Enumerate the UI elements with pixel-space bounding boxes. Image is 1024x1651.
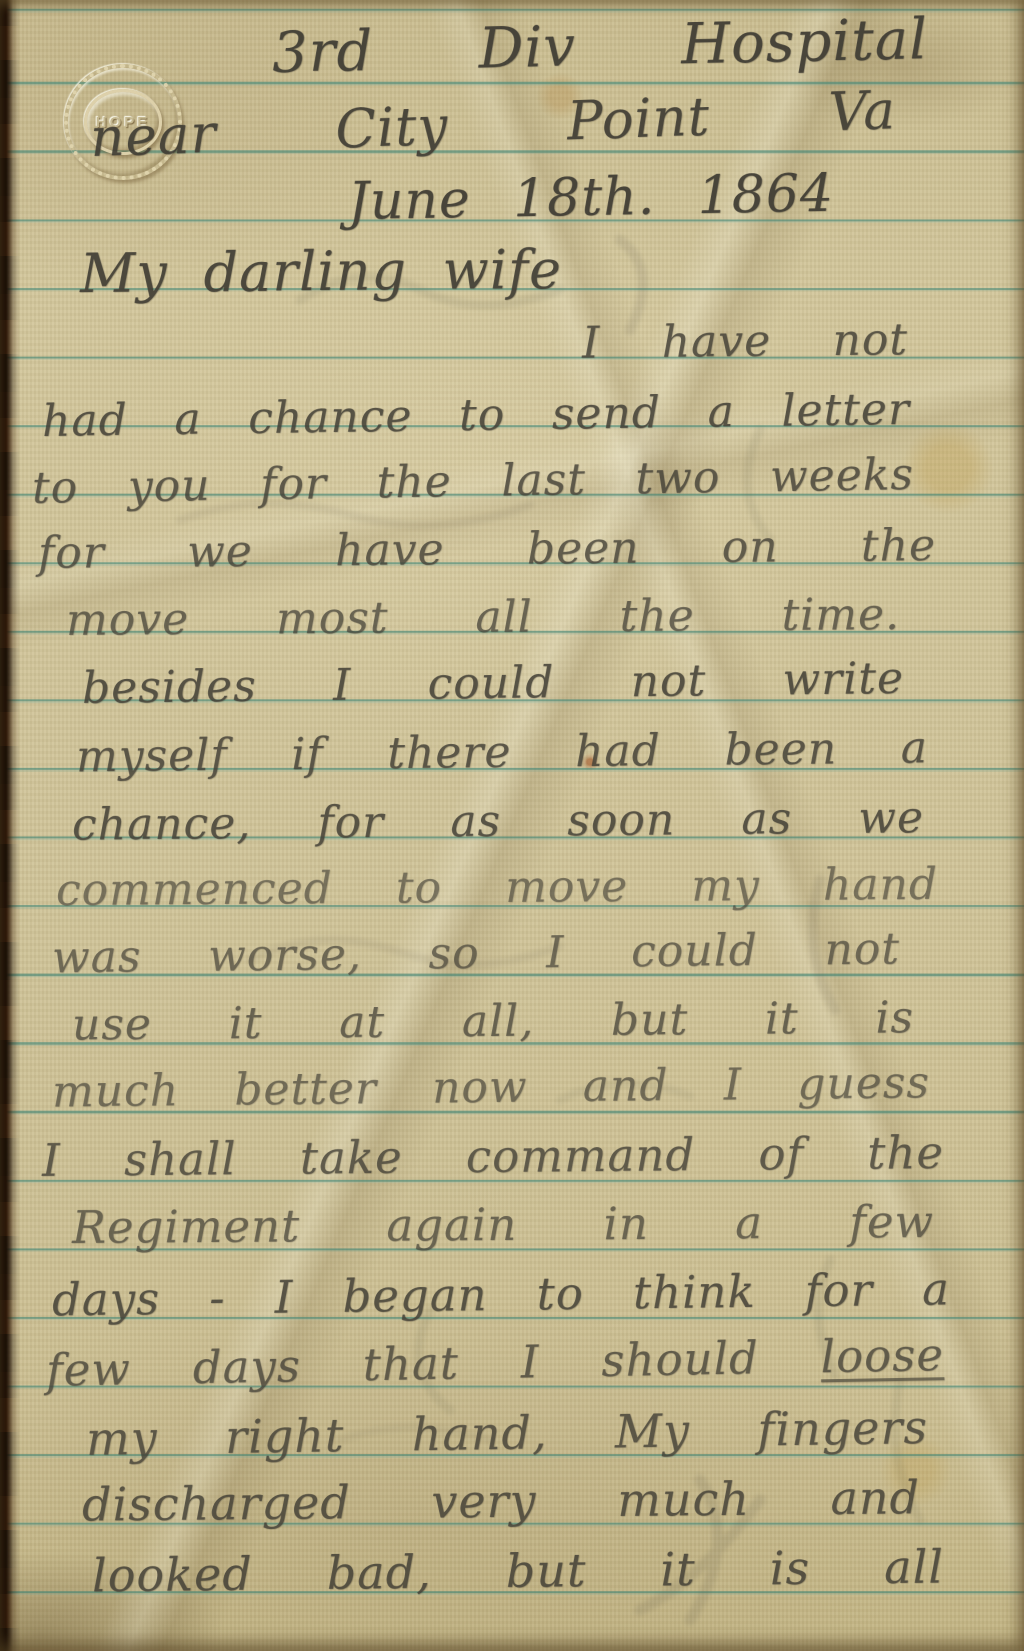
letter-page: HOPE 3rd Div Hospital near City Point Va… xyxy=(0,0,1024,1651)
letter-line: myself if there had been a xyxy=(76,723,928,783)
letter-line: use it at all, but it is xyxy=(72,992,914,1050)
letter-line: discharged very much and xyxy=(82,1470,920,1531)
header-place-line: 3rd Div Hospital xyxy=(271,7,928,86)
date-line: June 18th. 1864 xyxy=(348,164,835,232)
underlined-word: loose xyxy=(820,1328,944,1383)
letter-line: commenced to move my hand xyxy=(56,859,938,916)
torn-binding-edge xyxy=(0,0,20,1651)
salutation: My darling wife xyxy=(80,238,563,305)
letter-line: move most all the time. xyxy=(66,589,900,646)
letter-line: I have not xyxy=(582,314,909,368)
letter-line: for we have been on the xyxy=(38,520,936,579)
letter-line: was worse, so I could not xyxy=(52,924,900,984)
letter-line: looked bad, but it is all xyxy=(92,1540,945,1603)
letter-line: Regiment again in a few xyxy=(72,1195,934,1254)
letter-line: days - I began to think for a xyxy=(52,1263,951,1327)
letter-line: I shall take command of the xyxy=(42,1126,944,1187)
letter-line: chance, for as soon as we xyxy=(72,792,924,850)
letter-line: much better now and I guess xyxy=(52,1057,930,1117)
letter-line: besides I could not write xyxy=(82,653,905,714)
